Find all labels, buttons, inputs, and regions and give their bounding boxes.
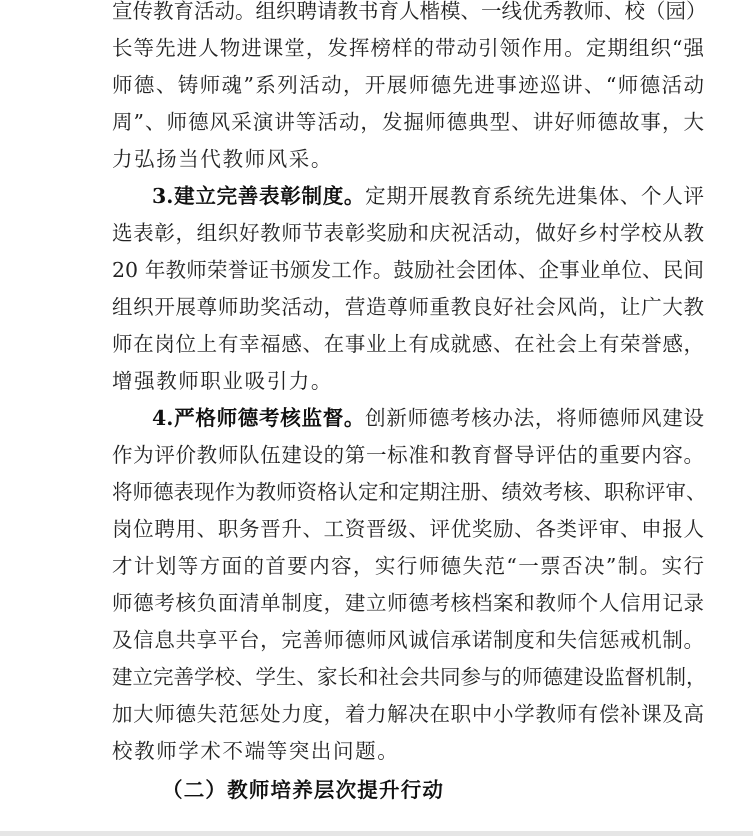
- text-line: 20 年教师荣誉证书颁发工作。鼓励社会团体、企事业单位、民间: [112, 255, 704, 285]
- item-4-first-line: 4.严格师德考核监督。创新师德考核办法，将师德师风建设: [152, 403, 704, 433]
- document-page: 宣传教育活动。组织聘请教书育人楷模、一线优秀教师、校（园） 长等先进人物进课堂，…: [0, 0, 753, 831]
- text-line: 选表彰，组织好教师节表彰奖励和庆祝活动，做好乡村学校从教: [112, 218, 704, 248]
- item-4-text: 创新师德考核办法，将师德师风建设: [365, 406, 704, 430]
- text-line: 将师德表现作为教师资格认定和定期注册、绩效考核、职称评审、: [112, 477, 704, 507]
- item-3-title: 3.建立完善表彰制度。: [152, 184, 365, 208]
- section-heading: （二）教师培养层次提升行动: [162, 775, 444, 805]
- text-line: 校教师学术不端等突出问题。: [112, 736, 704, 766]
- text-line: 建立完善学校、学生、家长和社会共同参与的师德建设监督机制，: [112, 662, 704, 692]
- text-line: 师德、铸师魂”系列活动，开展师德先进事迹巡讲、“师德活动: [112, 70, 704, 100]
- text-line: 师在岗位上有幸福感、在事业上有成就感、在社会上有荣誉感，: [112, 329, 704, 359]
- text-line: 组织开展尊师助奖活动，营造尊师重教良好社会风尚，让广大教: [112, 292, 704, 322]
- text-line: 力弘扬当代教师风采。: [112, 144, 704, 174]
- text-line: 作为评价教师队伍建设的第一标准和教育督导评估的重要内容。: [112, 440, 704, 470]
- text-line: 及信息共享平台，完善师德师风诚信承诺制度和失信惩戒机制。: [112, 625, 704, 655]
- text-line: 师德考核负面清单制度，建立师德考核档案和教师个人信用记录: [112, 588, 704, 618]
- item-3-first-line: 3.建立完善表彰制度。定期开展教育系统先进集体、个人评: [152, 181, 704, 211]
- text-line: 长等先进人物进课堂，发挥榜样的带动引领作用。定期组织“强: [112, 33, 704, 63]
- text-line: 才计划等方面的首要内容，实行师德失范“一票否决”制。实行: [112, 551, 704, 581]
- text-line: 宣传教育活动。组织聘请教书育人楷模、一线优秀教师、校（园）: [112, 0, 704, 26]
- text-line: 增强教师职业吸引力。: [112, 366, 704, 396]
- text-line: 周”、师德风采演讲等活动，发掘师德典型、讲好师德故事，大: [112, 107, 704, 137]
- text-line: 加大师德失范惩处力度，着力解决在职中小学教师有偿补课及高: [112, 699, 704, 729]
- item-4-title: 4.严格师德考核监督。: [152, 406, 365, 430]
- item-3-text: 定期开展教育系统先进集体、个人评: [365, 184, 704, 208]
- page-bottom-edge: [0, 831, 753, 836]
- text-line: 岗位聘用、职务晋升、工资晋级、评优奖励、各类评审、申报人: [112, 514, 704, 544]
